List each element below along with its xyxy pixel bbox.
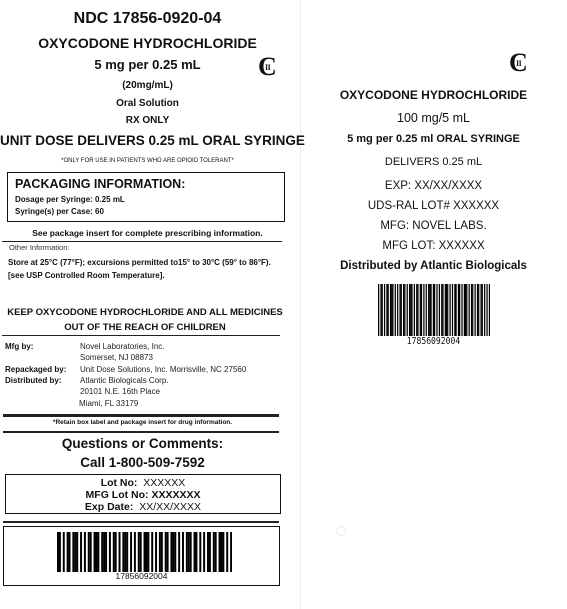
left-label-panel xyxy=(0,0,300,609)
opioid-tolerant-warning: *ONLY FOR USE IN PATIENTS WHO ARE OPIOID… xyxy=(0,158,295,164)
divider xyxy=(3,521,279,523)
mfg-lot-number: MFG LOT: XXXXXX xyxy=(300,240,567,252)
divider xyxy=(2,335,280,336)
schedule-ii-icon: C II xyxy=(258,54,277,80)
packaging-info-box: PACKAGING INFORMATION: Dosage per Syring… xyxy=(7,172,285,222)
distributor-city: Miami, FL 33179 xyxy=(79,399,138,408)
drug-name: OXYCODONE HYDROCHLORIDE xyxy=(0,35,295,51)
lot-info-box: Lot No: XXXXXX MFG Lot No: XXXXXXX Exp D… xyxy=(5,474,281,514)
drug-name: OXYCODONE HYDROCHLORIDE xyxy=(300,88,567,102)
unit-dose-statement: UNIT DOSE DELIVERS 0.25 mL ORAL SYRINGE xyxy=(0,133,296,148)
distributor: Distributed by Atlantic Biologicals xyxy=(300,260,567,272)
drug-concentration: 100 mg/5 mL xyxy=(300,111,567,125)
repackager: Unit Dose Solutions, Inc. Morrisville, N… xyxy=(80,365,246,374)
drug-concentration: (20mg/mL) xyxy=(0,80,295,91)
mfg-lot-number: MFG Lot No: XXXXXXX xyxy=(6,489,280,501)
distributor-street: 20101 N.E. 16th Place xyxy=(80,387,160,396)
divider xyxy=(3,431,279,433)
divider xyxy=(3,414,279,417)
expiration-date: Exp Date: XX/XX/XXXX xyxy=(6,501,280,513)
retain-label-note: *Retain box label and package insert for… xyxy=(0,419,285,426)
packaging-title: PACKAGING INFORMATION: xyxy=(15,177,185,191)
drug-strength: 5 mg per 0.25 mL xyxy=(0,57,295,72)
manufacturer-name: Novel Laboratories, Inc. xyxy=(80,342,165,351)
print-speck xyxy=(336,526,346,536)
storage-reference: [see USP Controlled Room Temperature]. xyxy=(8,271,165,280)
questions-heading: Questions or Comments: xyxy=(0,436,285,451)
barcode-icon xyxy=(57,532,232,572)
storage-instructions: Store at 25°C (77°F); excursions permitt… xyxy=(8,258,271,267)
other-info-label: Other Information: xyxy=(9,243,69,252)
dosage-per-syringe: Dosage per Syringe: 0.25 mL xyxy=(15,195,125,204)
manufacturer: MFG: NOVEL LABS. xyxy=(300,220,567,232)
keep-away-warning-line1: KEEP OXYCODONE HYDROCHLORIDE AND ALL MED… xyxy=(0,307,290,318)
mfg-by-label: Mfg by: xyxy=(5,342,33,351)
rx-only: RX ONLY xyxy=(0,115,295,126)
delivers-volume: DELIVERS 0.25 mL xyxy=(300,156,567,168)
phone-number: Call 1-800-509-7592 xyxy=(0,455,285,470)
syringes-per-case: Syringe(s) per Case: 60 xyxy=(15,207,104,216)
barcode-number: 17856092004 xyxy=(4,571,279,581)
barcode-box: 17856092004 xyxy=(3,526,280,586)
barcode-icon xyxy=(378,284,490,336)
divider xyxy=(2,241,282,242)
barcode-number: 17856092004 xyxy=(320,336,547,347)
lot-number: UDS-RAL LOT# XXXXXX xyxy=(300,200,567,212)
schedule-ii-icon: C II xyxy=(509,50,528,76)
dosage-form: Oral Solution xyxy=(0,98,295,109)
lot-number: Lot No: XXXXXX xyxy=(6,477,280,489)
repackaged-by-label: Repackaged by: xyxy=(5,365,66,374)
keep-away-warning-line2: OUT OF THE REACH OF CHILDREN xyxy=(0,322,290,333)
manufacturer-address: Somerset, NJ 08873 xyxy=(80,353,153,362)
distributed-by-label: Distributed by: xyxy=(5,376,61,385)
distributor-name: Atlantic Biologicals Corp. xyxy=(80,376,168,385)
see-insert-note: See package insert for complete prescrib… xyxy=(0,228,295,238)
expiration-date: EXP: XX/XX/XXXX xyxy=(300,180,567,192)
ndc-number: NDC 17856-0920-04 xyxy=(0,10,295,28)
syringe-strength: 5 mg per 0.25 ml ORAL SYRINGE xyxy=(300,133,567,145)
